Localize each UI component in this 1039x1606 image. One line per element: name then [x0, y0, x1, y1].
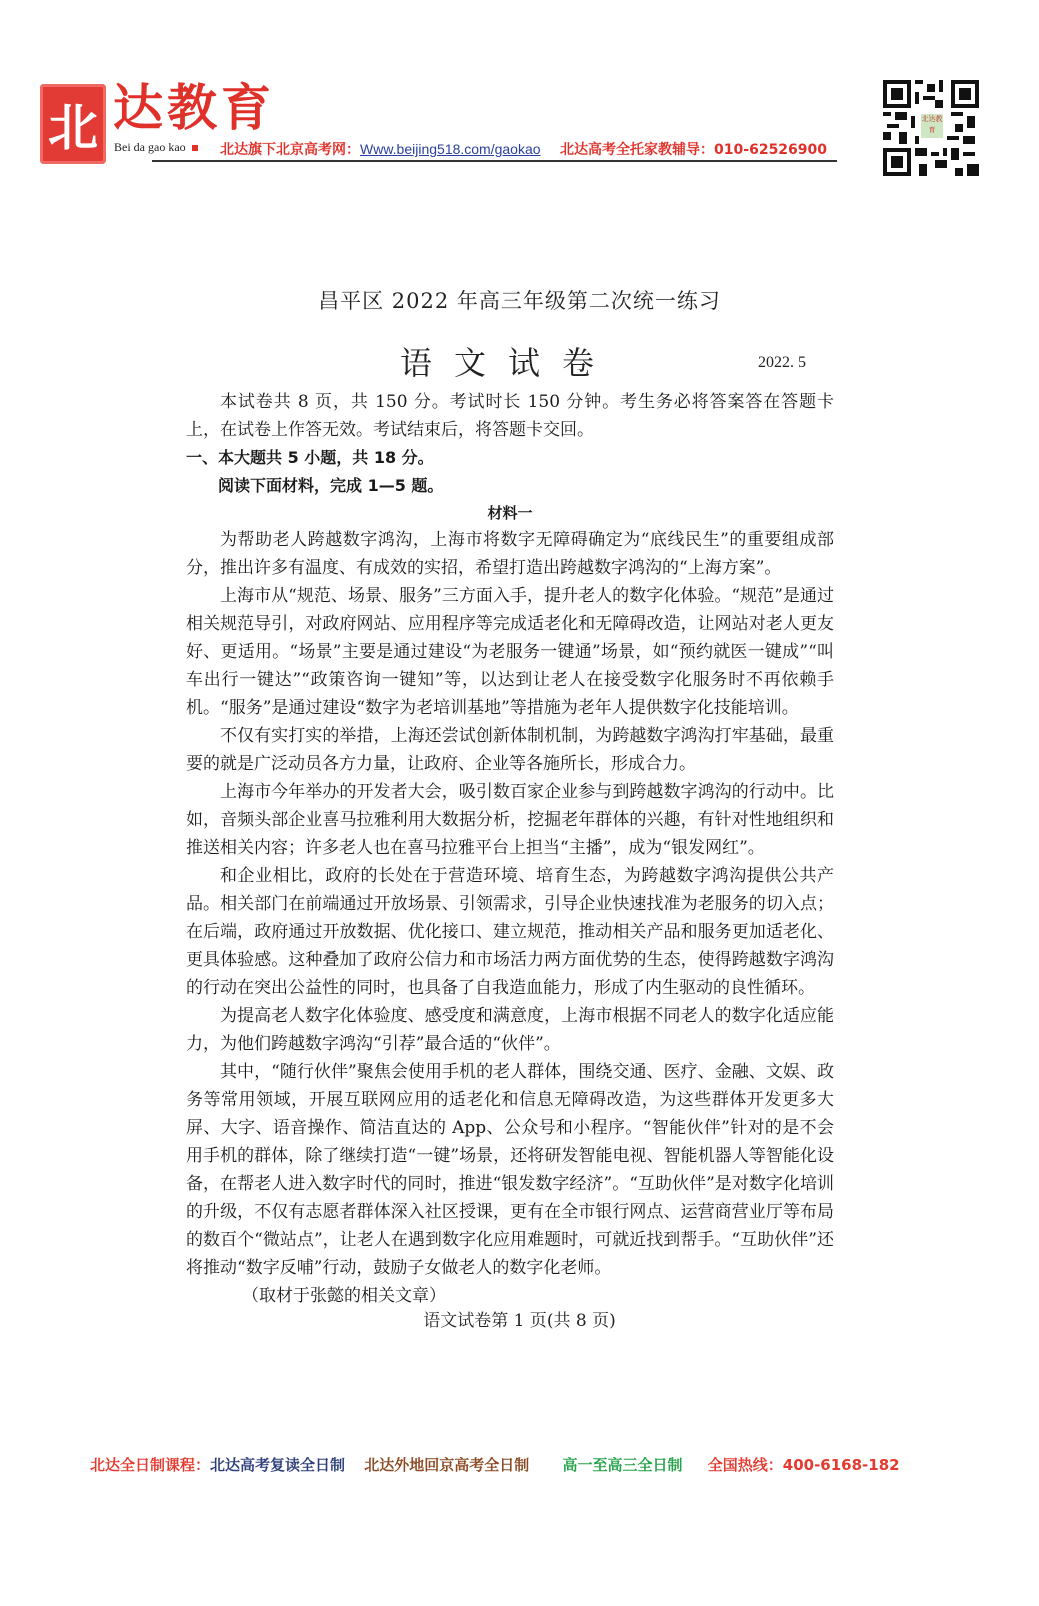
qr-badge: 北达教育	[921, 114, 943, 138]
material-paragraph: 不仅有实打实的举措，上海还尝试创新体制机制，为跨越数字鸿沟打牢基础，最重要的就是…	[186, 722, 834, 778]
site-label: 北达旗下北京高考网：	[220, 142, 360, 158]
logo-char: 北	[48, 88, 98, 160]
exam-title: 语文试卷	[400, 338, 616, 384]
banner-label: 北达全日制课程：	[90, 1456, 210, 1474]
tutor-hotline: 北达高考全托家教辅导：010-62526900	[560, 142, 827, 158]
exam-instructions: 本试卷共 8 页，共 150 分。考试时长 150 分钟。考生务必将答案答在答题…	[186, 388, 834, 444]
banner-course-return: 北达外地回京高考全日制	[364, 1456, 529, 1474]
footer-banner: 北达全日制课程：北达高考复读全日制 北达外地回京高考全日制 高一至高三全日制 全…	[90, 1454, 914, 1475]
material-title: 材料一	[186, 500, 834, 526]
header-divider	[152, 160, 837, 162]
material-paragraph: 上海市今年举办的开发者大会，吸引数百家企业参与到跨越数字鸿沟的行动中。比如，音频…	[186, 778, 834, 862]
header-info-line: 北达旗下北京高考网：Www.beijing518.com/gaokao 北达高考…	[220, 139, 827, 159]
reading-instruction: 阅读下面材料，完成 1—5 题。	[186, 472, 834, 500]
qr-code: 北达教育	[883, 80, 979, 176]
material-paragraph: 上海市从“规范、场景、服务”三方面入手，提升老人的数字化体验。“规范”是通过相关…	[186, 582, 834, 722]
logo-subtitle: Bei da gao kao	[114, 140, 198, 155]
material-paragraph: 为帮助老人跨越数字鸿沟，上海市将数字无障碍确定为“底线民生”的重要组成部分，推出…	[186, 526, 834, 582]
exam-subtitle: 昌平区 2022 年高三年级第二次统一练习	[0, 285, 1039, 315]
logo-text: 达教育	[113, 78, 275, 138]
square-bullet-icon	[192, 145, 198, 151]
exam-body: 本试卷共 8 页，共 150 分。考试时长 150 分钟。考生务必将答案答在答题…	[186, 388, 834, 1310]
exam-date: 2022. 5	[758, 354, 806, 372]
material-paragraph: 其中，“随行伙伴”聚焦会使用手机的老人群体，围绕交通、医疗、金融、文娱、政务等常…	[186, 1058, 834, 1282]
page-number: 语文试卷第 1 页(共 8 页)	[0, 1306, 1039, 1331]
site-link[interactable]: Www.beijing518.com/gaokao	[360, 141, 541, 157]
material-paragraph: 为提高老人数字化体验度、感受度和满意度，上海市根据不同老人的数字化适应能力，为他…	[186, 1002, 834, 1058]
banner-course-fulltime: 高一至高三全日制	[563, 1456, 683, 1474]
banner-hotline: 全国热线：400-6168-182	[708, 1456, 900, 1474]
logo-stamp: 北	[40, 84, 106, 164]
banner-course-repeat: 北达高考复读全日制	[210, 1456, 345, 1474]
material-paragraph: 和企业相比，政府的长处在于营造环境、培育生态，为跨越数字鸿沟提供公共产品。相关部…	[186, 862, 834, 1002]
section-heading: 一、本大题共 5 小题，共 18 分。	[186, 444, 834, 472]
